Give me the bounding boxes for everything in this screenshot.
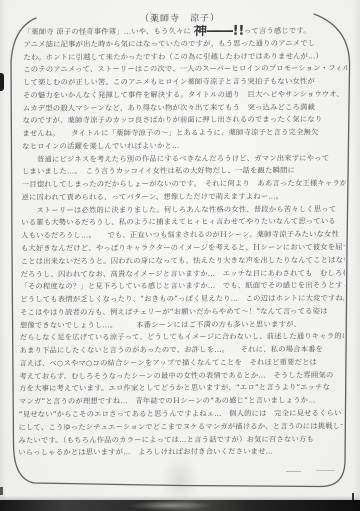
letter-line: 一目惚れしてしまったのだからしょーがないのです。 それに何より ああ言った女王様… — [22, 177, 346, 191]
scan-artifact-left-blob — [0, 73, 4, 91]
letter-line: みたいです。（もちろん作品のカラーによっては…と言う話ですが）お気に召さない方も — [18, 433, 342, 447]
emphasis-text: 神――!! — [193, 24, 244, 38]
letter-line: その魅力をいかんなく発揮して事件を解決する。タイトルの通り 巨大ヘビやサンショウ… — [23, 88, 347, 102]
letter-body: 「薬師寺 涼子の怪奇事件簿」…いや、もう久々に 神――!!って言う感じです。アニ… — [18, 24, 348, 459]
line-text: って言う感じです。 — [244, 26, 311, 35]
letter-line: そこはやはり読者の方も、例えばチェリーが“お願いだからやめて～！”なんて言ってる… — [20, 305, 344, 319]
letter-line: アニメ誌に記事が出た時から気にはなっていたのですが、もう思った通りのアニメでし — [24, 37, 348, 51]
letter-title: （薬師寺 涼子） — [0, 10, 360, 26]
scan-artifact-left-tick — [0, 487, 3, 495]
letter-line: ませんね。 タイトルに「薬師寺涼子の～」とあるように、薬師寺涼子と言う完全無欠 — [22, 126, 346, 140]
letter-line: いらっしゃるかとは思いますが… よろしければお付き合いくださいませ… — [18, 446, 342, 460]
letter-line: して楽しむのが正しい筈。このアニメもヒロイン薬師寺涼子と言う突拍子もない女性が — [23, 75, 347, 89]
line-text: 「薬師寺 涼子の怪奇事件簿」…いや、もう久々に — [24, 26, 194, 36]
letter-line: 「薬師寺 涼子の怪奇事件簿」…いや、もう久々に 神――!!って言う感じです。 — [24, 24, 348, 38]
letter-line: “見せない”からこそのエロさってあると思うんですよねェ… 個人的には 完全に見せ… — [19, 407, 343, 421]
scanned-letter-page: （薬師寺 涼子） 「薬師寺 涼子の怪奇事件簿」…いや、もう久々に 神――!!って… — [0, 0, 360, 511]
pencil-dash-mark — [316, 470, 335, 471]
letter-line: にして、こうゆったシチュエーションでどこまでヌケるマンガが描けるか、と言うのには… — [18, 420, 342, 434]
letter-line: も大好きなんだけど、やっぱりキャラクターのイメージを考えると、Ｈシーンにおいて彼… — [21, 241, 345, 255]
letter-line: ことは出来ないだろうと。囚われの身になっても、怯えたり大きな声を出したりなんてこ… — [21, 254, 345, 268]
letter-line: 普通にビジネスを考えたら別の作品にするべきなんだろうけど、ガマン出来ずにやって — [22, 152, 346, 166]
letter-line: 言えば、ペ○スやマ○コの結合シーンをアップで描くなんてことを それほど重要だとは — [19, 356, 343, 370]
letter-line: どうしても表情が乏しくなったり、“おきもの”っぽく見えたり… この辺はホントに大… — [20, 292, 344, 306]
letter-line: あまり下品にしたくないと言うのがあったので、お許しを…。 それに、私の場合本番を — [19, 343, 343, 357]
scan-edge-band-highlight — [130, 501, 210, 510]
pencil-dash-mark — [286, 471, 301, 472]
